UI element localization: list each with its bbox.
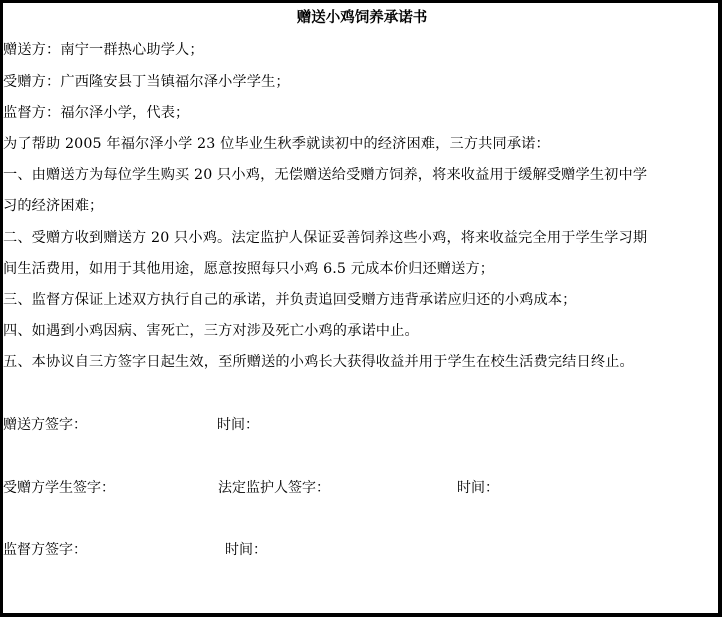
clause-2-line-2: 间生活费用，如用于其他用途，愿意按照每只小鸡 6.5 元成本价归还赠送方； [3, 260, 494, 278]
clause-5: 五、本协议自三方签字日起生效，至所赠送的小鸡长大获得收益并用于学生在校生活费完结… [3, 353, 634, 371]
supervisor-signature-label: 监督方签字： [3, 541, 87, 559]
supervisor-party-line: 监督方：福尔泽小学，代表； [3, 104, 189, 122]
recipient-time-label: 时间： [457, 479, 499, 497]
document-title: 赠送小鸡饲养承诺书 [0, 9, 724, 27]
clause-1-line-2: 习的经济困难； [3, 197, 103, 215]
donor-party-line: 赠送方：南宁一群热心助学人； [3, 41, 204, 59]
donor-signature-label: 赠送方签字： [3, 416, 87, 434]
clause-1-line-1: 一、由赠送方为每位学生购买 20 只小鸡，无偿赠送给受赠方饲养，将来收益用于缓解… [3, 166, 647, 184]
student-signature-label: 受赠方学生签字： [3, 479, 115, 497]
clause-2-line-1: 二、受赠方收到赠送方 20 只小鸡。法定监护人保证妥善饲养这些小鸡，将来收益完全… [3, 229, 647, 247]
recipient-party-line: 受赠方：广西隆安县丁当镇福尔泽小学学生； [3, 73, 290, 91]
clause-3: 三、监督方保证上述双方执行自己的承诺，并负责追回受赠方违背承诺应归还的小鸡成本； [3, 291, 577, 309]
clause-4: 四、如遇到小鸡因病、害死亡，三方对涉及死亡小鸡的承诺中止。 [3, 322, 419, 340]
donor-time-label: 时间： [217, 416, 259, 434]
supervisor-time-label: 时间： [225, 541, 267, 559]
intro-line: 为了帮助 2005 年福尔泽小学 23 位毕业生秋季就读初中的经济困难，三方共同… [3, 135, 550, 153]
guardian-signature-label: 法定监护人签字： [218, 479, 330, 497]
